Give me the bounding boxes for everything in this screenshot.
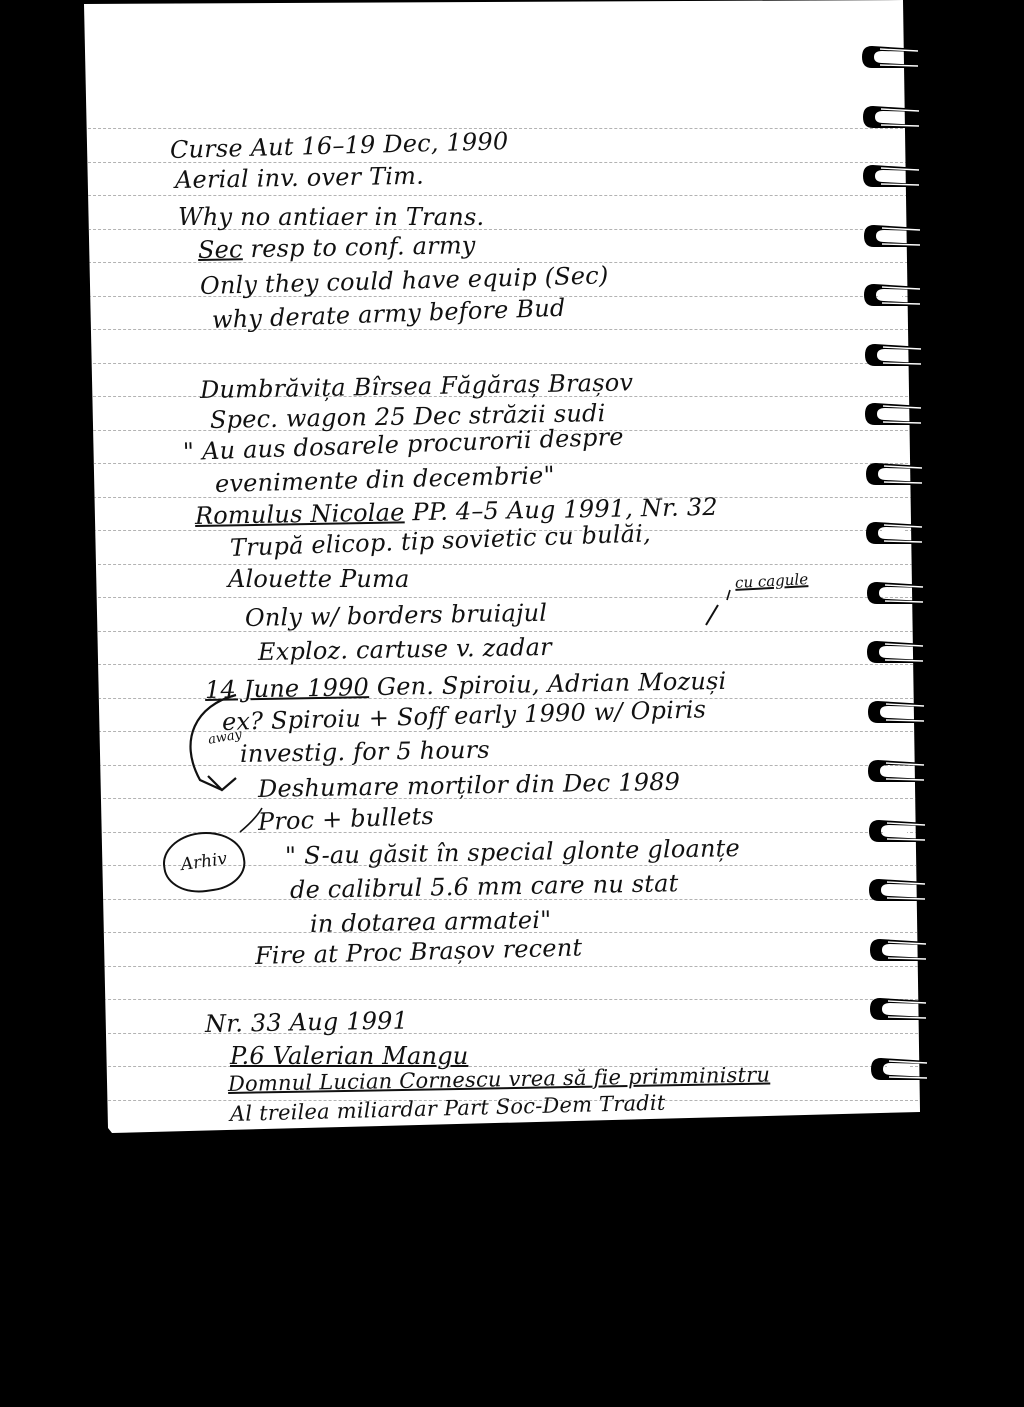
spiral-ring-icon — [870, 996, 930, 1022]
spiral-ring-icon — [866, 520, 926, 546]
note-underlined-word: Sec — [198, 235, 243, 264]
note-text: P.6 Valerian Mangu — [230, 1042, 468, 1070]
note-line: Why no antiaer in Trans. — [178, 203, 484, 231]
spiral-ring-icon — [867, 580, 927, 606]
circled-note-text: Arhiv — [180, 849, 229, 875]
note-text: PP. 4–5 Aug 1991, Nr. 32 — [404, 493, 718, 526]
spiral-ring-icon — [867, 639, 927, 665]
spiral-ring-icon — [864, 223, 924, 249]
spiral-ring-icon — [862, 44, 922, 70]
note-line: Sec resp to conf. army — [198, 231, 476, 264]
spiral-ring-icon — [870, 937, 930, 963]
note-line: investig. for 5 hours — [240, 736, 490, 768]
note-line: Aerial inv. over Tim. — [175, 162, 424, 194]
note-text: resp to conf. army — [250, 231, 476, 263]
note-line: Nr. 33 Aug 1991 — [205, 1006, 409, 1038]
spiral-ring-icon — [868, 699, 928, 725]
spiral-ring-icon — [869, 818, 929, 844]
spiral-ring-icon — [866, 461, 926, 487]
spiral-ring-icon — [865, 342, 925, 368]
note-underlined-date: 14 June 1990 — [205, 673, 369, 704]
spiral-ring-icon — [863, 163, 923, 189]
spiral-ring-icon — [865, 401, 925, 427]
spiral-ring-icon — [863, 104, 923, 130]
margin-note-text: cu cagule — [735, 570, 809, 592]
spiral-ring-icon — [871, 1056, 931, 1082]
note-underlined-name: Romulus Nicolae — [195, 498, 405, 530]
margin-note-cagule: cu cagule — [735, 570, 809, 592]
spiral-ring-icon — [869, 877, 929, 903]
note-line: Exploz. cartuse v. zadar — [258, 633, 552, 666]
note-line: Only w/ borders bruiajul — [245, 599, 548, 632]
note-line: in dotarea armatei" — [310, 906, 552, 938]
notebook-scan: Curse Aut 16–19 Dec, 1990 Aerial inv. ov… — [0, 0, 1024, 1407]
note-line: Alouette Puma — [228, 565, 410, 593]
spiral-ring-icon — [868, 758, 928, 784]
spiral-ring-icon — [864, 282, 924, 308]
note-line: P.6 Valerian Mangu — [230, 1042, 468, 1070]
